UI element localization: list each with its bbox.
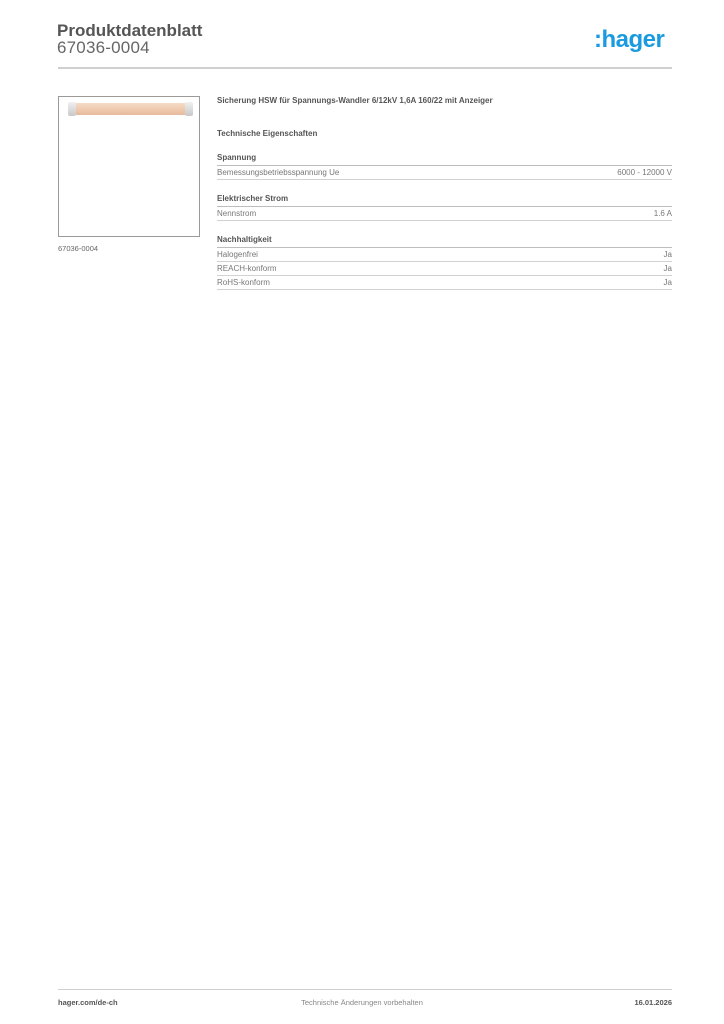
group-nachhaltigkeit: Nachhaltigkeit Halogenfrei Ja REACH-konf… [217, 235, 672, 290]
row-label: REACH-konform [217, 262, 277, 275]
group-elektrischer-strom: Elektrischer Strom Nennstrom 1.6 A [217, 194, 672, 221]
row-label: Halogenfrei [217, 248, 258, 261]
header-divider [58, 67, 672, 69]
row-label: RoHS-konform [217, 276, 270, 289]
row-label: Bemessungsbetriebsspannung Ue [217, 166, 339, 179]
group-spannung: Spannung Bemessungsbetriebsspannung Ue 6… [217, 153, 672, 180]
table-row: REACH-konform Ja [217, 262, 672, 276]
footer-date: 16.01.2026 [634, 998, 672, 1007]
article-number: 67036-0004 [57, 38, 150, 58]
product-name: Sicherung HSW für Spannungs-Wandler 6/12… [217, 96, 672, 106]
product-details: Sicherung HSW für Spannungs-Wandler 6/12… [217, 96, 672, 290]
table-row: Halogenfrei Ja [217, 248, 672, 262]
row-value: 6000 - 12000 V [617, 166, 672, 179]
group-title: Spannung [217, 153, 672, 166]
footer-note: Technische Änderungen vorbehalten [0, 998, 724, 1007]
fuse-cartridge-icon [68, 102, 193, 116]
image-caption: 67036-0004 [58, 244, 98, 253]
footer-divider [58, 989, 672, 990]
product-image [58, 96, 200, 237]
row-value: Ja [664, 262, 672, 275]
technical-heading: Technische Eigenschaften [217, 129, 672, 139]
group-title: Elektrischer Strom [217, 194, 672, 207]
row-value: Ja [664, 276, 672, 289]
group-title: Nachhaltigkeit [217, 235, 672, 248]
table-row: RoHS-konform Ja [217, 276, 672, 290]
table-row: Nennstrom 1.6 A [217, 207, 672, 221]
row-value: Ja [664, 248, 672, 261]
hager-logo: :hager [594, 26, 664, 54]
row-label: Nennstrom [217, 207, 256, 220]
table-row: Bemessungsbetriebsspannung Ue 6000 - 120… [217, 166, 672, 180]
row-value: 1.6 A [654, 207, 672, 220]
